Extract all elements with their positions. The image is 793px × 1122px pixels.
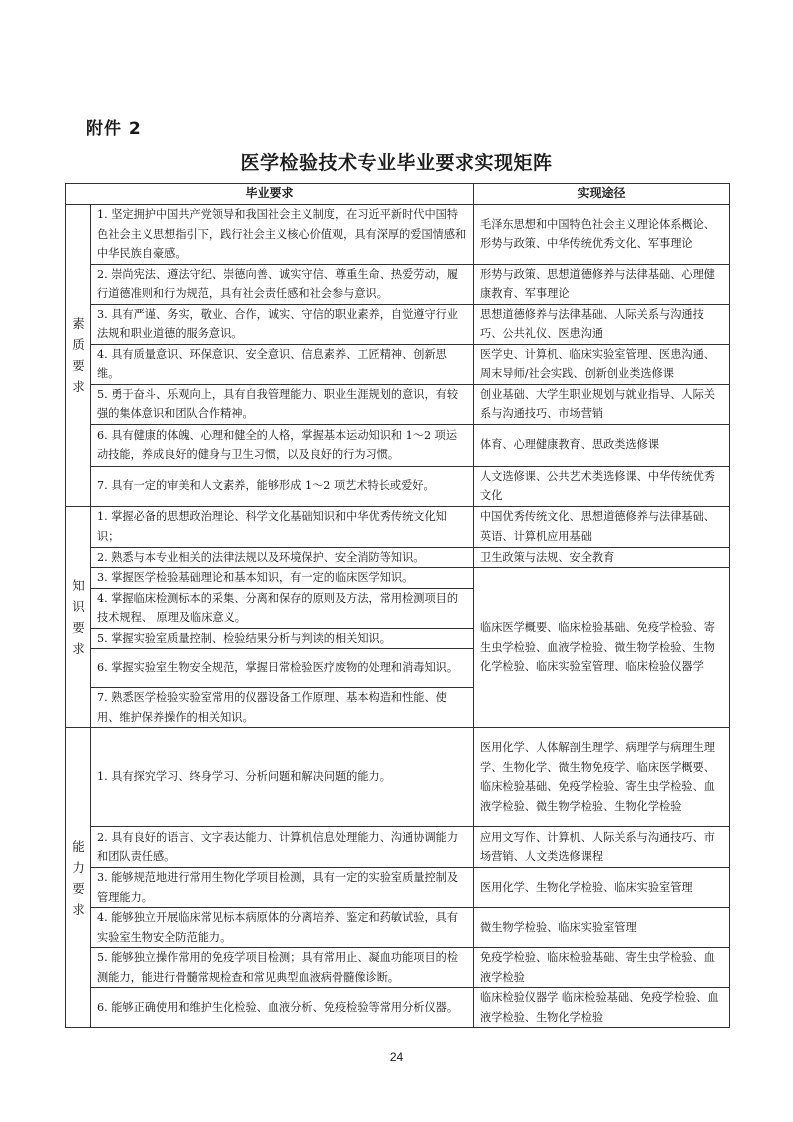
- table-row: 2. 崇尚宪法、遵法守纪、崇德向善、诚实守信、尊重生命、热爱劳动，履行道德准则和…: [66, 264, 730, 304]
- category-ability: 能力要求: [66, 728, 91, 1028]
- page-title: 医学检验技术专业毕业要求实现矩阵: [0, 148, 793, 175]
- requirement-cell: 5. 掌握实验室质量控制、检验结果分析与判读的相关知识。: [91, 628, 474, 649]
- category-label: 能力要求: [72, 836, 85, 920]
- requirement-cell: 1. 具有探究学习、终身学习、分析问题和解决问题的能力。: [91, 728, 474, 827]
- table-row: 素质要求 1. 坚定拥护中国共产党领导和我国社会主义制度，在习近平新时代中国特色…: [66, 205, 730, 265]
- header-pathway: 实现途径: [474, 184, 730, 205]
- pathway-cell: 医用化学、人体解剖生理学、病理学与病理生理学、生物化学、微生物免疫学、临床医学概…: [474, 728, 730, 827]
- requirement-cell: 5. 勇于奋斗、乐观向上，具有自我管理能力、职业生涯规划的意识，有较强的集体意识…: [91, 384, 474, 424]
- requirement-cell: 4. 能够独立开展临床常见标本病原体的分离培养、鉴定和药敏试验，具有实验室生物安…: [91, 908, 474, 948]
- table-row: 3. 具有严谨、务实，敬业、合作，诚实、守信的职业素养，自觉遵守行业法规和职业道…: [66, 304, 730, 344]
- pathway-cell: 体育、心理健康教育、思政类选修课: [474, 424, 730, 466]
- page-number: 24: [0, 1050, 793, 1064]
- requirement-cell: 6. 能够正确使用和维护生化检验、血液分析、免疫检验等常用分析仪器。: [91, 988, 474, 1028]
- requirement-cell: 2. 崇尚宪法、遵法守纪、崇德向善、诚实守信、尊重生命、热爱劳动，履行道德准则和…: [91, 264, 474, 304]
- attachment-label: 附件 2: [86, 114, 142, 139]
- pathway-cell: 医学史、计算机、临床实验室管理、医患沟通、周末导师/社会实践、创新创业类选修课: [474, 344, 730, 384]
- table-row: 能力要求 1. 具有探究学习、终身学习、分析问题和解决问题的能力。 医用化学、人…: [66, 728, 730, 827]
- requirement-cell: 3. 掌握医学检验基础理论和基本知识，有一定的临床医学知识。: [91, 568, 474, 589]
- pathway-cell: 医用化学、生物化学检验、临床实验室管理: [474, 868, 730, 908]
- pathway-cell: 微生物学检验、临床实验室管理: [474, 908, 730, 948]
- table-row: 4. 具有质量意识、环保意识、安全意识、信息素养、工匠精神、创新思维。 医学史、…: [66, 344, 730, 384]
- table-row: 5. 勇于奋斗、乐观向上，具有自我管理能力、职业生涯规划的意识，有较强的集体意识…: [66, 384, 730, 424]
- table-row: 6. 具有健康的体魄、心理和健全的人格，掌握基本运动知识和 1～2 项运动技能，…: [66, 424, 730, 466]
- table-header-row: 毕业要求 实现途径: [66, 184, 730, 205]
- header-requirement: 毕业要求: [66, 184, 474, 205]
- requirement-cell: 7. 具有一定的审美和人文素养，能够形成 1～2 项艺术特长或爱好。: [91, 466, 474, 506]
- pathway-cell: 人文选修课、公共艺术类选修课、中华传统优秀文化: [474, 466, 730, 506]
- table-row: 知识要求 1. 掌握必备的思想政治理论、科学文化基础知识和中华优秀传统文化知识；…: [66, 506, 730, 547]
- pathway-cell: 毛泽东思想和中国特色社会主义理论体系概论、形势与政策、中华传统优秀文化、军事理论: [474, 205, 730, 265]
- graduation-requirement-matrix: 毕业要求 实现途径 素质要求 1. 坚定拥护中国共产党领导和我国社会主义制度，在…: [65, 183, 730, 1028]
- table-row: 2. 具有良好的语言、文字表达能力、计算机信息处理能力、沟通协调能力和团队责任感…: [66, 827, 730, 868]
- category-quality: 素质要求: [66, 205, 91, 507]
- table-row: 3. 掌握医学检验基础理论和基本知识，有一定的临床医学知识。 临床医学概要、临床…: [66, 568, 730, 589]
- requirement-cell: 3. 具有严谨、务实，敬业、合作，诚实、守信的职业素养，自觉遵守行业法规和职业道…: [91, 304, 474, 344]
- requirement-cell: 4. 具有质量意识、环保意识、安全意识、信息素养、工匠精神、创新思维。: [91, 344, 474, 384]
- requirement-cell: 5. 能够独立操作常用的免疫学项目检测；具有常用止、凝血功能项目的检测能力，能进…: [91, 948, 474, 988]
- table-row: 4. 能够独立开展临床常见标本病原体的分离培养、鉴定和药敏试验，具有实验室生物安…: [66, 908, 730, 948]
- table-row: 2. 熟悉与本专业相关的法律法规以及环境保护、安全消防等知识。 卫生政策与法规、…: [66, 547, 730, 568]
- table-row: 7. 具有一定的审美和人文素养，能够形成 1～2 项艺术特长或爱好。 人文选修课…: [66, 466, 730, 506]
- table-row: 5. 能够独立操作常用的免疫学项目检测；具有常用止、凝血功能项目的检测能力，能进…: [66, 948, 730, 988]
- pathway-cell: 中国优秀传统文化、思想道德修养与法律基础、英语、计算机应用基础: [474, 506, 730, 547]
- requirement-cell: 7. 熟悉医学检验实验室常用的仪器设备工作原理、基本构造和性能、使用、维护保养操…: [91, 688, 474, 728]
- table-row: 6. 能够正确使用和维护生化检验、血液分析、免疫检验等常用分析仪器。 临床检验仪…: [66, 988, 730, 1028]
- requirement-cell: 6. 掌握实验室生物安全规范，掌握日常检验医疗废物的处理和消毒知识。: [91, 649, 474, 688]
- pathway-cell: 卫生政策与法规、安全教育: [474, 547, 730, 568]
- category-knowledge: 知识要求: [66, 506, 91, 728]
- pathway-cell: 创业基础、大学生职业规划与就业指导、人际关系与沟通技巧、市场营销: [474, 384, 730, 424]
- requirement-cell: 1. 坚定拥护中国共产党领导和我国社会主义制度，在习近平新时代中国特色社会主义思…: [91, 205, 474, 265]
- pathway-cell: 形势与政策、思想道德修养与法律基础、心理健康教育、军事理论: [474, 264, 730, 304]
- requirement-cell: 2. 熟悉与本专业相关的法律法规以及环境保护、安全消防等知识。: [91, 547, 474, 568]
- category-label: 知识要求: [72, 575, 85, 659]
- requirement-cell: 2. 具有良好的语言、文字表达能力、计算机信息处理能力、沟通协调能力和团队责任感…: [91, 827, 474, 868]
- category-label: 素质要求: [72, 313, 85, 397]
- requirement-cell: 6. 具有健康的体魄、心理和健全的人格，掌握基本运动知识和 1～2 项运动技能，…: [91, 424, 474, 466]
- pathway-cell-merged: 临床医学概要、临床检验基础、免疫学检验、寄生虫学检验、血液学检验、微生物学检验、…: [474, 568, 730, 728]
- pathway-cell: 临床检验仪器学 临床检验基础、免疫学检验、血液学检验、生物化学检验: [474, 988, 730, 1028]
- pathway-cell: 思想道德修养与法律基础、人际关系与沟通技巧、公共礼仪、医患沟通: [474, 304, 730, 344]
- requirement-cell: 4. 掌握临床检测标本的采集、分离和保存的原则及方法，常用检测项目的技术规程、 …: [91, 588, 474, 628]
- pathway-cell: 免疫学检验、临床检验基础、寄生虫学检验、血液学检验: [474, 948, 730, 988]
- pathway-cell: 应用文写作、计算机、人际关系与沟通技巧、市场营销、人文类选修课程: [474, 827, 730, 868]
- requirement-cell: 1. 掌握必备的思想政治理论、科学文化基础知识和中华优秀传统文化知识；: [91, 506, 474, 547]
- requirement-cell: 3. 能够规范地进行常用生物化学项目检测，具有一定的实验室质量控制及管理能力。: [91, 868, 474, 908]
- table-row: 3. 能够规范地进行常用生物化学项目检测，具有一定的实验室质量控制及管理能力。 …: [66, 868, 730, 908]
